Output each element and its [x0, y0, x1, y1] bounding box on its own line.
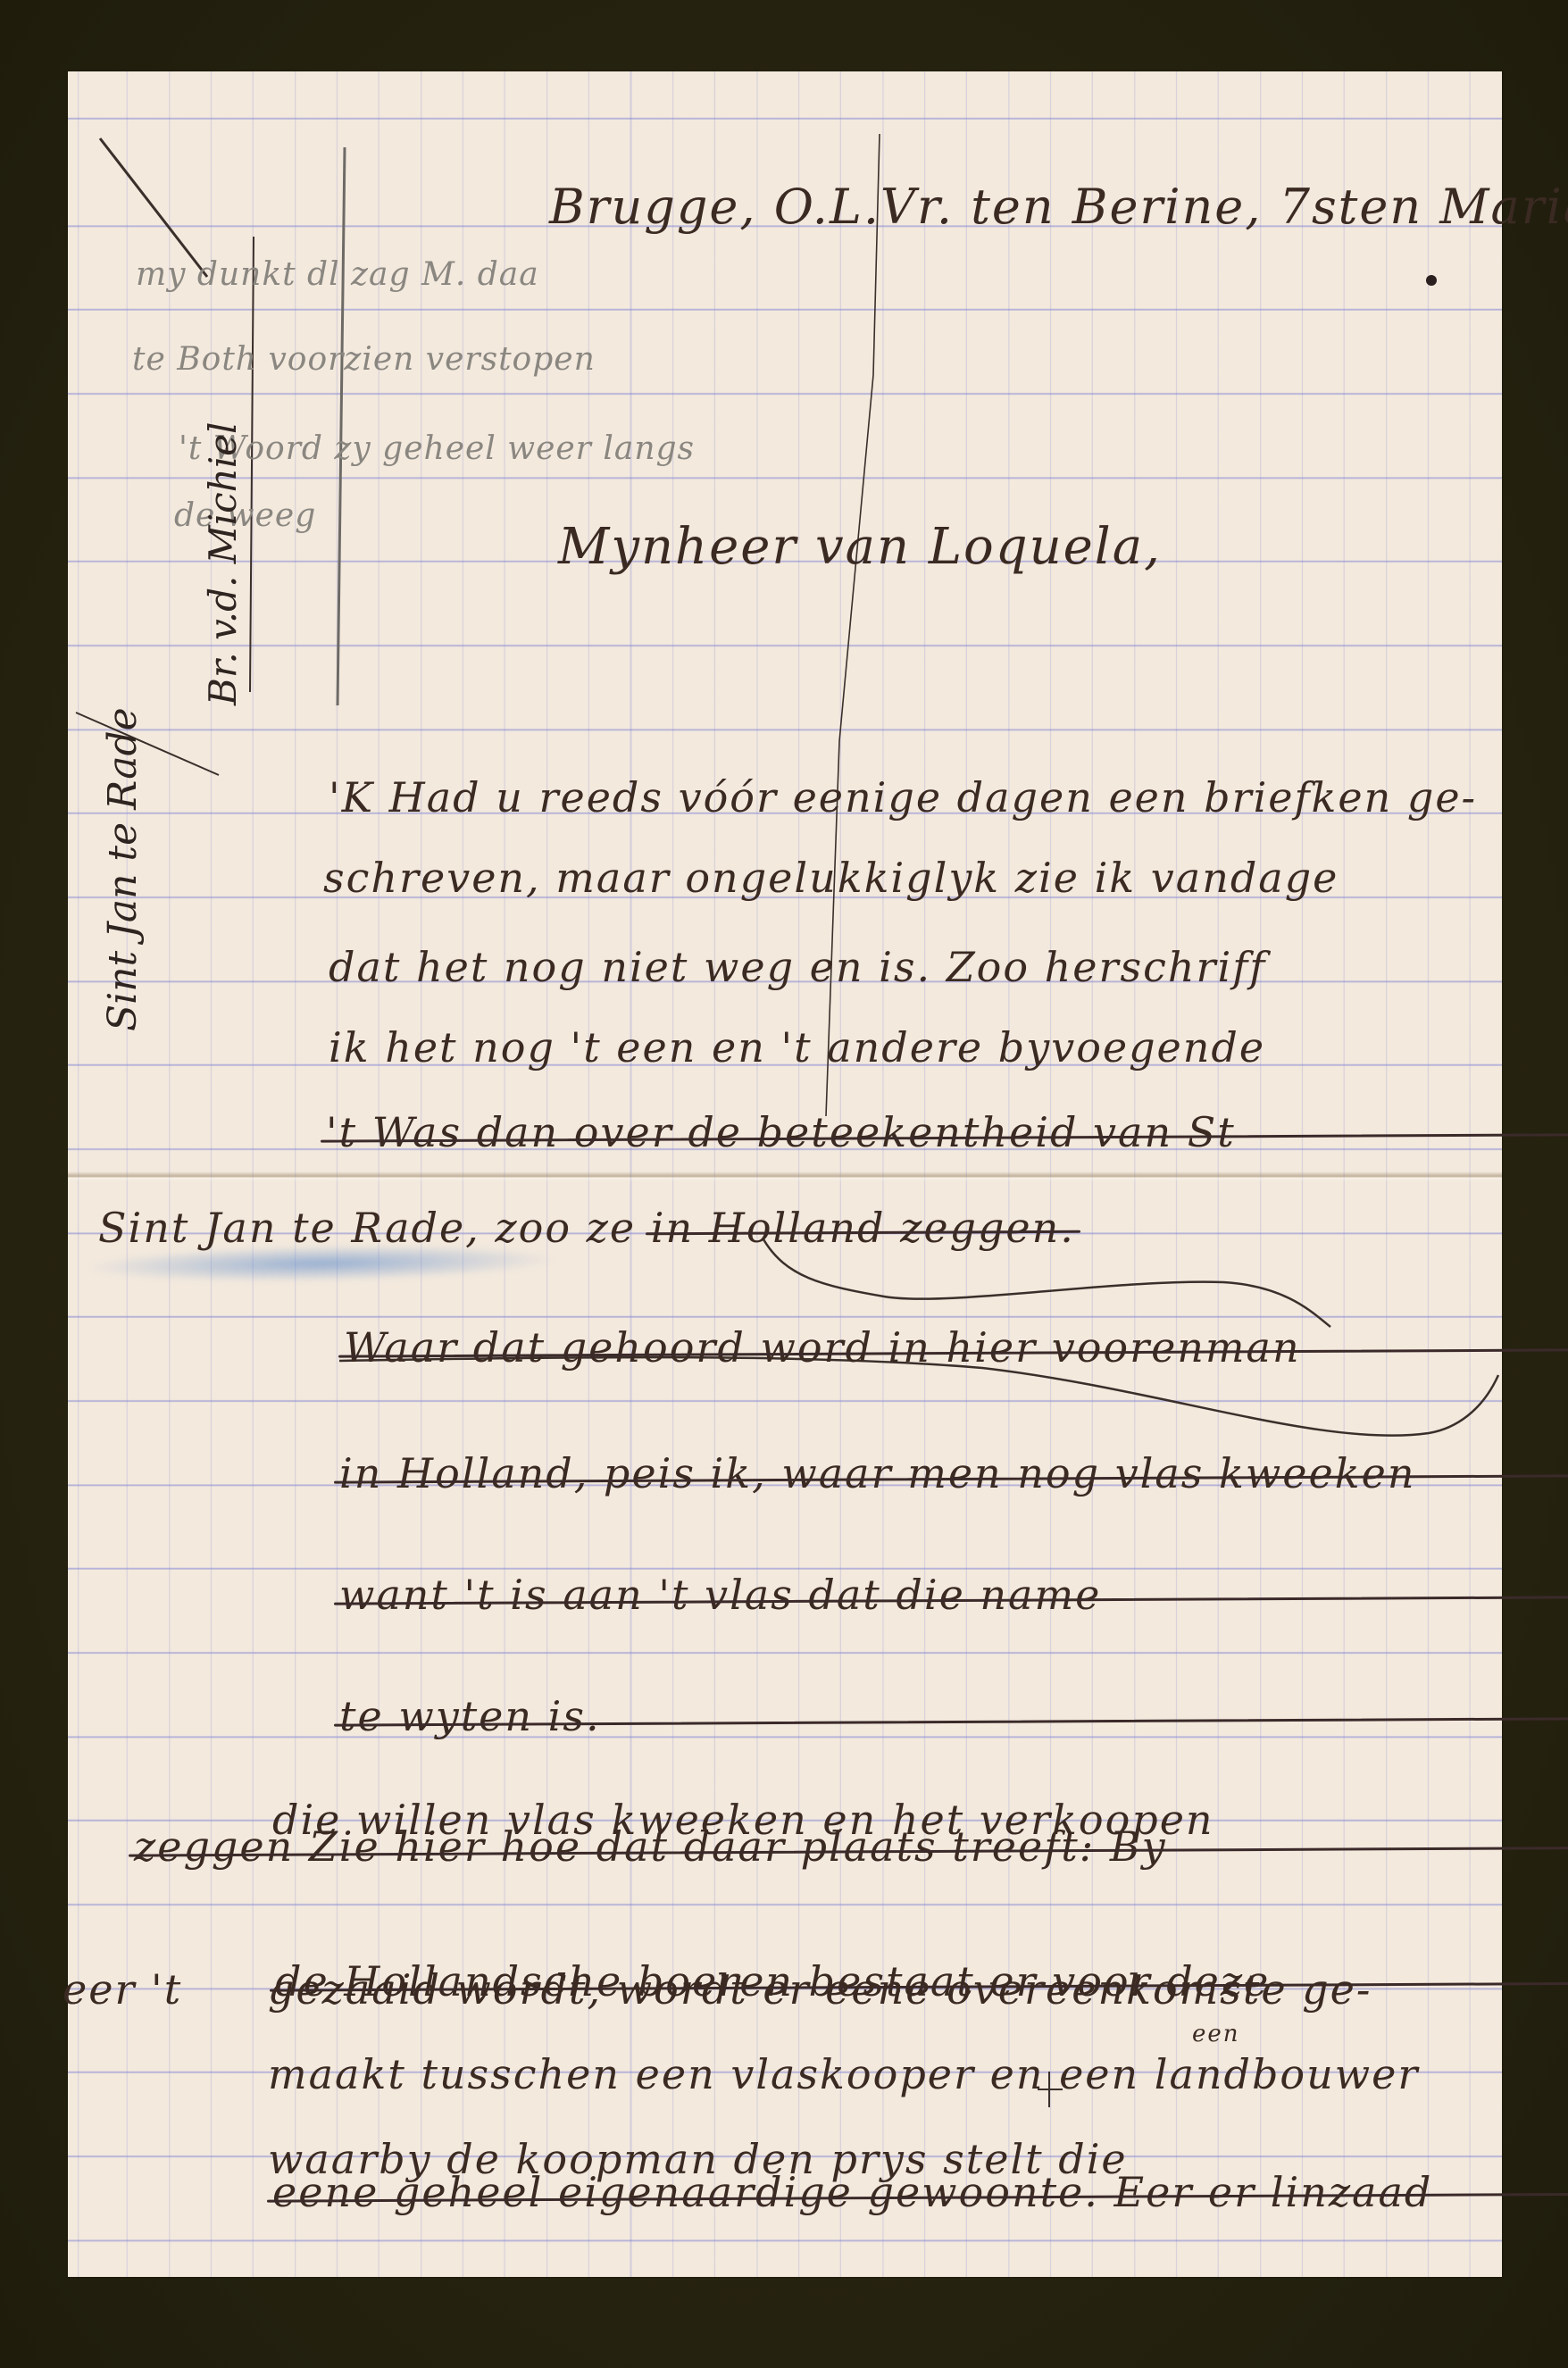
pencil-note-line: my dunkt dl zag M. daa: [136, 259, 539, 291]
interlinear-insert: een: [1192, 2022, 1240, 2046]
body-line-struck-tail: in Holland zeggen.: [651, 1204, 1075, 1252]
body-line: gezaaid wordt, wordt er eene overeenkoms…: [268, 1969, 1372, 2010]
body-line-struck: te wyten is.: [339, 1696, 1568, 1737]
body-line: dat het nog niet weg en is. Zoo herschri…: [329, 946, 1266, 988]
body-line-struck: 't Was dan over de beteekentheid van St: [326, 1112, 1568, 1153]
body-line: schreven, maar ongelukkiglyk zie ik vand…: [323, 857, 1339, 898]
body-line-struck: in Holland, peis ik, waar men nog vlas k…: [339, 1453, 1568, 1494]
ink-dot: [1426, 275, 1437, 286]
letter-place-date: Brugge, O.L.Vr. ten Berine, 7sten Mariam…: [549, 183, 1568, 231]
body-line-text: Sint Jan te Rade, zoo ze: [98, 1204, 636, 1252]
pencil-note-line: de weeg: [174, 500, 316, 532]
letter-salutation: Mynheer van Loquela,: [558, 522, 1162, 572]
body-line-struck: Waar dat gehoord word in hier voorenman: [344, 1327, 1568, 1368]
body-line: maakt tusschen een vlaskooper en een lan…: [268, 2054, 1419, 2095]
body-line: die willen vlas kweeken en het verkoopen: [272, 1799, 1214, 1840]
body-line: 'K Had u reeds vóór eenige dagen een bri…: [329, 777, 1477, 818]
pencil-note-line: te Both voorzien verstopen: [132, 344, 596, 376]
vertical-note: Sint Jan te Rade: [100, 707, 146, 1031]
pencil-note-line: 't Woord zy geheel weer langs: [179, 433, 695, 465]
body-line: waarby de koopman den prys stelt die: [268, 2139, 1128, 2180]
margin-insert: eer 't: [63, 1969, 182, 2010]
vertical-signature: Br. v.d. Michiel: [201, 422, 245, 705]
body-line: ik het nog 't een en 't andere byvoegend…: [329, 1027, 1265, 1068]
body-line: Sint Jan te Rade, zoo ze in Holland zegg…: [98, 1207, 1075, 1248]
body-line-struck: want 't is aan 't vlas dat die name: [339, 1574, 1568, 1615]
